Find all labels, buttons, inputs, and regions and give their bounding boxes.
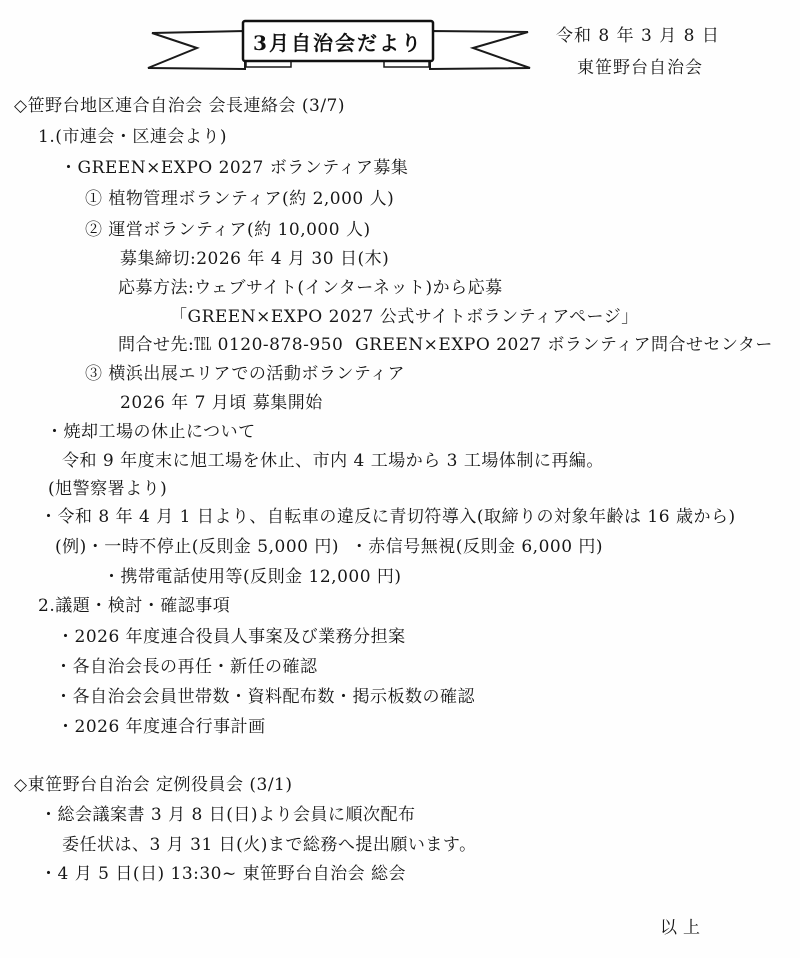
doc-line: ① 植物管理ボランティア(約 2,000 人) bbox=[85, 188, 394, 210]
closing-ijo: 以上 bbox=[660, 917, 706, 939]
doc-line: ・携帯電話使用等(反則金 12,000 円) bbox=[103, 566, 402, 588]
doc-line: ・GREEN×EXPO 2027 ボランティア募集 bbox=[60, 157, 408, 179]
doc-line: (例)・一時不停止(反則金 5,000 円) ・赤信号無視(反則金 6,000 … bbox=[55, 536, 603, 558]
doc-line: ・焼却工場の休止について bbox=[46, 421, 256, 443]
doc-line: ・各自治会会員世帯数・資料配布数・掲示板数の確認 bbox=[55, 686, 475, 708]
doc-line: 2026 年 7 月頃 募集開始 bbox=[120, 392, 323, 414]
doc-line: ・2026 年度連合役員人事案及び業務分担案 bbox=[57, 626, 406, 648]
doc-line: 1.(市連会・区連会より) bbox=[38, 126, 227, 148]
issuing-organization: 東笹野台自治会 bbox=[577, 53, 703, 78]
document-page: 3月自治会だより 令和 8 年 3 月 8 日 東笹野台自治会 ◇笹野台地区連合… bbox=[0, 0, 800, 958]
doc-line: 問合せ先:℡ 0120-878-950 GREEN×EXPO 2027 ボランテ… bbox=[118, 334, 773, 356]
issue-date: 令和 8 年 3 月 8 日 bbox=[556, 21, 720, 46]
doc-line: 令和 9 年度末に旭工場を休止、市内 4 工場から 3 工場体制に再編。 bbox=[62, 450, 604, 472]
doc-line: ・4 月 5 日(日) 13:30~ 東笹野台自治会 総会 bbox=[40, 863, 406, 885]
newsletter-title: 3月自治会だより bbox=[243, 27, 433, 56]
doc-line: (旭警察署より) bbox=[48, 478, 167, 500]
doc-line: ・2026 年度連合行事計画 bbox=[57, 716, 266, 738]
section-heading-yakuinkai: ◇東笹野台自治会 定例役員会 (3/1) bbox=[14, 774, 293, 796]
section-heading-rengokai: ◇笹野台地区連合自治会 会長連絡会 (3/7) bbox=[14, 95, 345, 117]
doc-line: ・各自治会長の再任・新任の確認 bbox=[55, 656, 318, 678]
doc-line: 応募方法:ウェブサイト(インターネット)から応募 bbox=[118, 277, 503, 299]
doc-line: ② 運営ボランティア(約 10,000 人) bbox=[85, 219, 371, 241]
doc-line: 委任状は、3 月 31 日(火)まで総務へ提出願います。 bbox=[62, 834, 477, 856]
doc-line: 「GREEN×EXPO 2027 公式サイトボランティアページ」 bbox=[170, 306, 639, 328]
ribbon-banner: 3月自治会だより bbox=[140, 18, 535, 76]
doc-line: ・令和 8 年 4 月 1 日より、自転車の違反に青切符導入(取締りの対象年齢は… bbox=[40, 506, 736, 528]
doc-line: 2.議題・検討・確認事項 bbox=[38, 595, 230, 617]
doc-line: 募集締切:2026 年 4 月 30 日(木) bbox=[120, 248, 389, 270]
doc-line: ③ 横浜出展エリアでの活動ボランティア bbox=[85, 363, 405, 385]
doc-line: ・総会議案書 3 月 8 日(日)より会員に順次配布 bbox=[40, 804, 416, 826]
